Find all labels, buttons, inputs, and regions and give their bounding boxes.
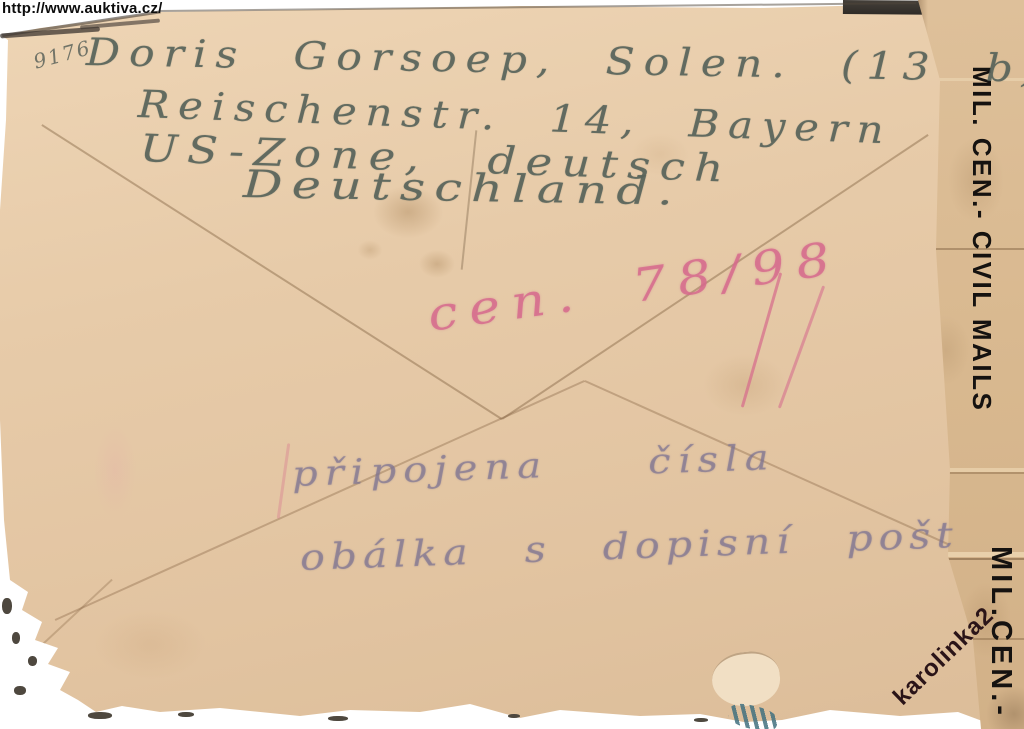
auction-url-watermark: http://www.auktiva.cz/	[2, 0, 163, 17]
edge-speck	[694, 718, 708, 722]
edge-speck	[178, 712, 194, 717]
envelope-crease-bottom-left	[29, 579, 112, 656]
edge-speck	[14, 686, 26, 695]
edge-speck	[12, 632, 20, 644]
edge-speck	[2, 598, 12, 614]
address-line-4: Deutschland.	[243, 162, 683, 214]
censor-tape-text-upper: MIL. CEN.- CIVIL MAILS	[968, 66, 996, 412]
edge-speck	[88, 712, 112, 719]
scanned-envelope-back: MIL. CEN.- CIVIL MAILS MIL.CEN.- Doris G…	[0, 0, 1024, 729]
edge-speck	[508, 714, 520, 718]
torn-paper-patch	[709, 649, 782, 710]
edge-speck	[328, 716, 348, 721]
envelope-seam-left	[55, 380, 585, 620]
censor-tape-text-lower: MIL.CEN.-	[986, 546, 1016, 719]
edge-speck	[28, 656, 37, 666]
